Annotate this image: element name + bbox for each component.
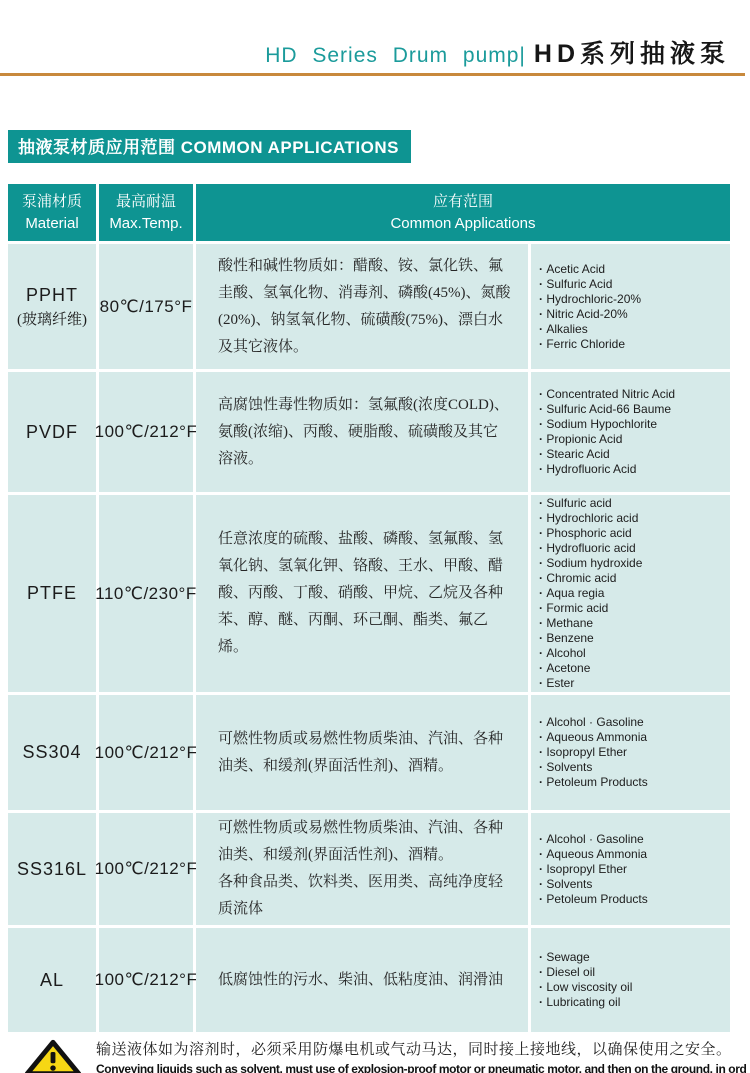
description-cell: 高腐蚀性毒性物质如：氢氟酸(浓度COLD)、氨酸(浓缩)、丙酸、硬脂酸、硫磺酸及… bbox=[196, 372, 528, 492]
column-header-temp-en: Max.Temp. bbox=[109, 213, 182, 235]
application-item: Nitric Acid-20% bbox=[539, 307, 641, 322]
applications-cell: SewageDiesel oilLow viscosity oilLubrica… bbox=[531, 928, 730, 1032]
warning-triangle-icon bbox=[24, 1039, 82, 1073]
applications-cell: Alcohol · GasolineAqueous AmmoniaIsoprop… bbox=[531, 813, 730, 925]
description-text: 可燃性物质或易燃性物质柴油、汽油、各种油类、和缓剂(界面活性剂)、酒精。 bbox=[218, 815, 512, 869]
banner-text-zh: 抽液泵材质应用范围 bbox=[18, 138, 176, 157]
applications-cell: Acetic AcidSulfuric AcidHydrochloric-20%… bbox=[531, 244, 730, 369]
warning-note: 输送液体如为溶剂时，必须采用防爆电机或气动马达，同时接上接地线，以确保使用之安全… bbox=[24, 1038, 750, 1073]
max-temp-cell: 100℃/212°F bbox=[99, 928, 193, 1032]
application-item: Formic acid bbox=[539, 601, 642, 616]
applications-cell: Sulfuric acidHydrochloric acidPhosphoric… bbox=[531, 495, 730, 692]
column-header-applications-zh: 应有范围 bbox=[433, 191, 493, 213]
application-item: Petoleum Products bbox=[539, 892, 648, 907]
max-temp-cell: 100℃/212°F bbox=[99, 813, 193, 925]
application-item: Diesel oil bbox=[539, 965, 632, 980]
description-cell: 低腐蚀性的污水、柴油、低粘度油、润滑油 bbox=[196, 928, 528, 1032]
application-item: Ferric Chloride bbox=[539, 337, 641, 352]
max-temp-cell: 110℃/230°F bbox=[99, 495, 193, 692]
column-header-temp-zh: 最高耐温 bbox=[116, 191, 176, 213]
description-text: 低腐蚀性的污水、柴油、低粘度油、润滑油 bbox=[218, 967, 512, 994]
application-item: Alkalies bbox=[539, 322, 641, 337]
application-item: Hydrochloric acid bbox=[539, 511, 642, 526]
application-item: Aqua regia bbox=[539, 586, 642, 601]
max-temp-cell: 100℃/212°F bbox=[99, 695, 193, 810]
applications-cell: Concentrated Nitric AcidSulfuric Acid-66… bbox=[531, 372, 730, 492]
column-header-applications-en: Common Applications bbox=[390, 213, 535, 235]
application-item: Sewage bbox=[539, 950, 632, 965]
application-item: Solvents bbox=[539, 760, 648, 775]
application-item: Acetone bbox=[539, 661, 642, 676]
column-header-material-zh: 泵浦材质 bbox=[22, 191, 82, 213]
material-name: PPHT bbox=[26, 285, 78, 306]
application-item: Isopropyl Ether bbox=[539, 862, 648, 877]
warning-text-en: Conveying liquids such as solvent, must … bbox=[96, 1062, 746, 1073]
material-cell: AL bbox=[8, 928, 96, 1032]
application-item: Aqueous Ammonia bbox=[539, 847, 648, 862]
applications-list: Alcohol · GasolineAqueous AmmoniaIsoprop… bbox=[539, 832, 648, 907]
application-item: Hydrochloric-20% bbox=[539, 292, 641, 307]
header-title-zh: HD系列抽液泵 bbox=[534, 34, 730, 70]
warning-text-block: 输送液体如为溶剂时，必须采用防爆电机或气动马达，同时接上接地线，以确保使用之安全… bbox=[96, 1038, 746, 1073]
header-title-en: HD Series Drum pump| bbox=[265, 44, 526, 68]
max-temp-cell: 80℃/175°F bbox=[99, 244, 193, 369]
applications-list: Concentrated Nitric AcidSulfuric Acid-66… bbox=[539, 387, 675, 477]
description-text: 酸性和碱性物质如：醋酸、铵、氯化铁、氟圭酸、氢氧化物、消毒剂、磷酸(45%)、氮… bbox=[218, 253, 512, 361]
header-divider bbox=[0, 73, 745, 76]
material-cell: SS316L bbox=[8, 813, 96, 925]
application-item: Propionic Acid bbox=[539, 432, 675, 447]
applications-list: Acetic AcidSulfuric AcidHydrochloric-20%… bbox=[539, 262, 641, 352]
application-item: Petoleum Products bbox=[539, 775, 648, 790]
description-text-2: 各种食品类、饮料类、医用类、高纯净度轻质流体 bbox=[218, 869, 512, 923]
applications-list: Sulfuric acidHydrochloric acidPhosphoric… bbox=[539, 496, 642, 691]
column-header-applications: 应有范围 Common Applications bbox=[196, 184, 730, 241]
application-item: Methane bbox=[539, 616, 642, 631]
application-item: Concentrated Nitric Acid bbox=[539, 387, 675, 402]
column-header-material: 泵浦材质 Material bbox=[8, 184, 96, 241]
material-name: SS304 bbox=[22, 742, 81, 763]
description-text: 任意浓度的硫酸、盐酸、磷酸、氢氟酸、氢氧化钠、氢氧化钾、铬酸、王水、甲酸、醋酸、… bbox=[218, 526, 512, 661]
application-item: Sulfuric acid bbox=[539, 496, 642, 511]
application-item: Acetic Acid bbox=[539, 262, 641, 277]
material-cell: PTFE bbox=[8, 495, 96, 692]
application-item: Aqueous Ammonia bbox=[539, 730, 648, 745]
application-item: Chromic acid bbox=[539, 571, 642, 586]
application-item: Ester bbox=[539, 676, 642, 691]
page-header: HD Series Drum pump| HD系列抽液泵 bbox=[0, 0, 750, 73]
application-item: Benzene bbox=[539, 631, 642, 646]
material-name: PVDF bbox=[26, 422, 78, 443]
application-item: Sodium Hypochlorite bbox=[539, 417, 675, 432]
description-cell: 酸性和碱性物质如：醋酸、铵、氯化铁、氟圭酸、氢氧化物、消毒剂、磷酸(45%)、氮… bbox=[196, 244, 528, 369]
material-cell: PVDF bbox=[8, 372, 96, 492]
description-cell: 任意浓度的硫酸、盐酸、磷酸、氢氟酸、氢氧化钠、氢氧化钾、铬酸、王水、甲酸、醋酸、… bbox=[196, 495, 528, 692]
application-item: Stearic Acid bbox=[539, 447, 675, 462]
application-item: Solvents bbox=[539, 877, 648, 892]
application-item: Phosphoric acid bbox=[539, 526, 642, 541]
applications-table: 泵浦材质 Material 最高耐温 Max.Temp. 应有范围 Common… bbox=[8, 184, 730, 1032]
max-temp-cell: 100℃/212°F bbox=[99, 372, 193, 492]
section-banner: 抽液泵材质应用范围 COMMON APPLICATIONS bbox=[8, 130, 411, 163]
application-item: Low viscosity oil bbox=[539, 980, 632, 995]
application-item: Sulfuric Acid bbox=[539, 277, 641, 292]
material-cell: SS304 bbox=[8, 695, 96, 810]
material-name: AL bbox=[40, 970, 64, 991]
warning-text-zh: 输送液体如为溶剂时，必须采用防爆电机或气动马达，同时接上接地线，以确保使用之安全… bbox=[96, 1038, 746, 1059]
application-item: Alcohol · Gasoline bbox=[539, 832, 648, 847]
application-item: Lubricating oil bbox=[539, 995, 632, 1010]
column-header-temp: 最高耐温 Max.Temp. bbox=[99, 184, 193, 241]
applications-list: SewageDiesel oilLow viscosity oilLubrica… bbox=[539, 950, 632, 1010]
application-item: Sulfuric Acid-66 Baume bbox=[539, 402, 675, 417]
column-header-material-en: Material bbox=[25, 213, 78, 235]
material-name: SS316L bbox=[17, 859, 87, 880]
material-subname: (玻璃纤维) bbox=[17, 308, 87, 329]
description-text: 可燃性物质或易燃性物质柴油、汽油、各种油类、和缓剂(界面活性剂)、酒精。 bbox=[218, 726, 512, 780]
material-cell: PPHT(玻璃纤维) bbox=[8, 244, 96, 369]
material-name: PTFE bbox=[27, 583, 77, 604]
application-item: Hydrofluoric acid bbox=[539, 541, 642, 556]
description-cell: 可燃性物质或易燃性物质柴油、汽油、各种油类、和缓剂(界面活性剂)、酒精。 bbox=[196, 695, 528, 810]
description-cell: 可燃性物质或易燃性物质柴油、汽油、各种油类、和缓剂(界面活性剂)、酒精。各种食品… bbox=[196, 813, 528, 925]
application-item: Isopropyl Ether bbox=[539, 745, 648, 760]
description-text: 高腐蚀性毒性物质如：氢氟酸(浓度COLD)、氨酸(浓缩)、丙酸、硬脂酸、硫磺酸及… bbox=[218, 392, 512, 473]
banner-text-en: COMMON APPLICATIONS bbox=[181, 138, 399, 157]
application-item: Alcohol bbox=[539, 646, 642, 661]
application-item: Alcohol · Gasoline bbox=[539, 715, 648, 730]
application-item: Sodium hydroxide bbox=[539, 556, 642, 571]
applications-cell: Alcohol · GasolineAqueous AmmoniaIsoprop… bbox=[531, 695, 730, 810]
applications-list: Alcohol · GasolineAqueous AmmoniaIsoprop… bbox=[539, 715, 648, 790]
application-item: Hydrofluoric Acid bbox=[539, 462, 675, 477]
